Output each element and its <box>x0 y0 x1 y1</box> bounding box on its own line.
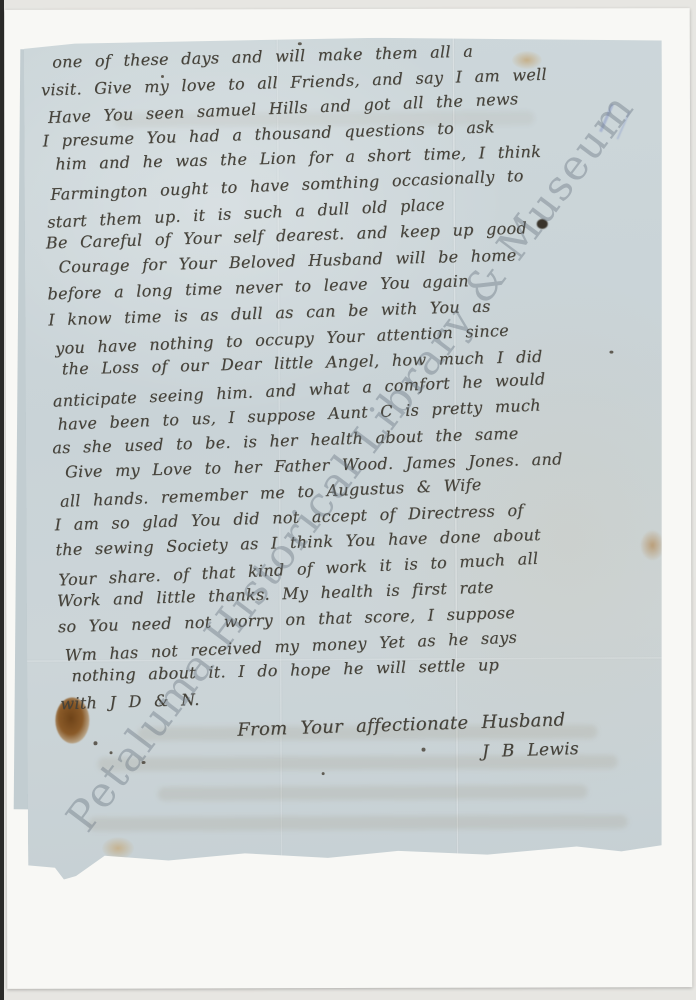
ink-showthrough <box>158 785 588 801</box>
scanned-letter-image: one of these days and will make them all… <box>0 0 696 1000</box>
scanner-edge <box>0 0 4 1000</box>
letter-signature: J B Lewis <box>482 733 678 765</box>
ink-showthrough <box>88 815 628 832</box>
paper-speck <box>322 772 325 775</box>
letter-body: one of these days and will make them all… <box>40 32 678 778</box>
letter-sheet: one of these days and will make them all… <box>24 36 666 879</box>
